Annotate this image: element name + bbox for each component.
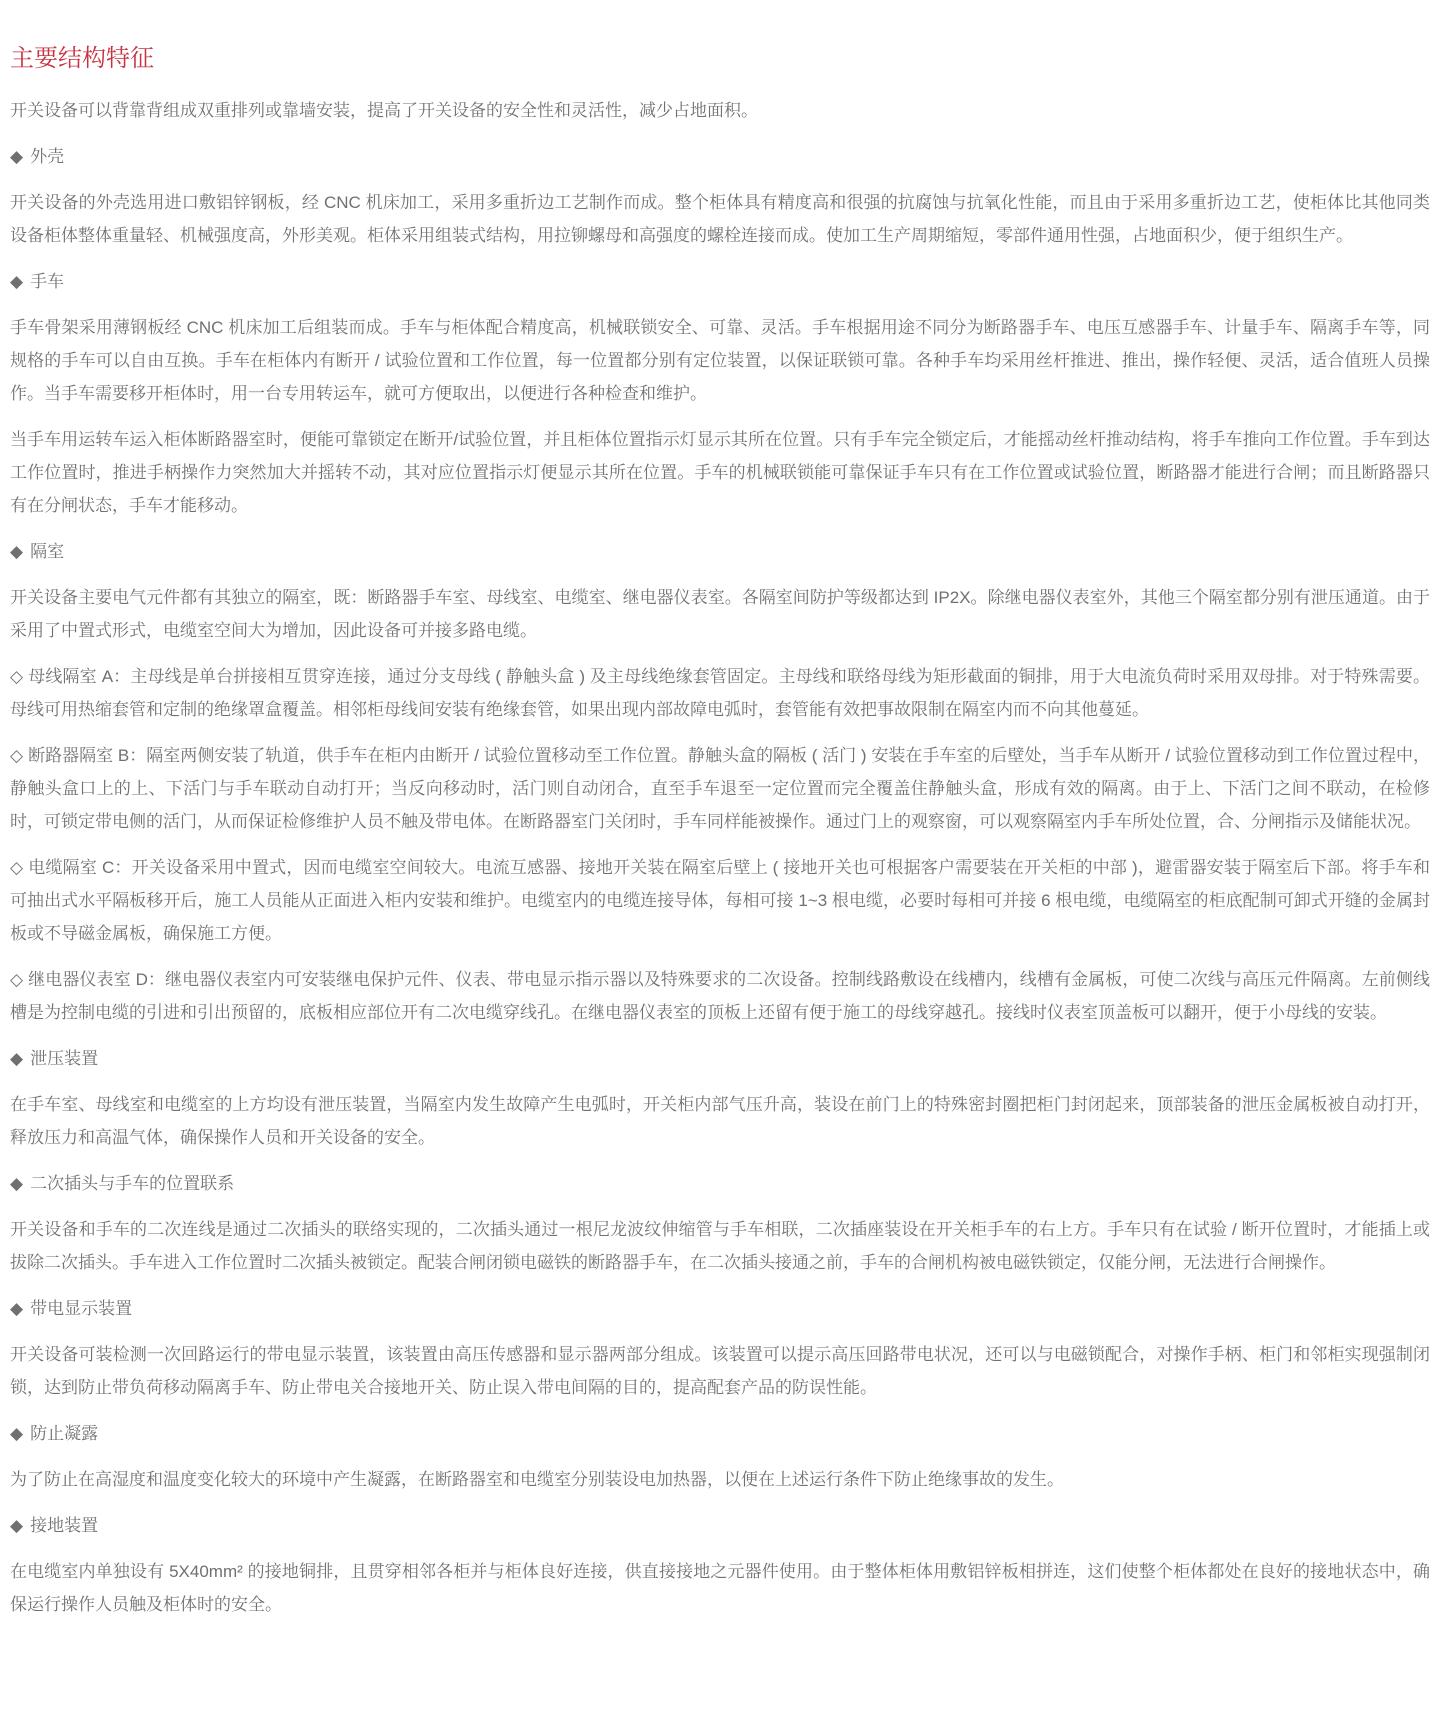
section-heading-label: 外壳 (30, 147, 64, 166)
paragraph: 手车骨架采用薄钢板经 CNC 机床加工后组装而成。手车与柜体配合精度高，机械联锁… (10, 311, 1430, 410)
filled-diamond-icon: ◆ (10, 1292, 23, 1325)
section-heading-label: 防止凝露 (30, 1424, 98, 1443)
paragraph: 为了防止在高湿度和温度变化较大的环境中产生凝露，在断路器室和电缆室分别装设电加热… (10, 1463, 1430, 1496)
section-heading: ◆接地装置 (10, 1509, 1430, 1542)
paragraph: 开关设备的外壳选用进口敷铝锌钢板，经 CNC 机床加工，采用多重折边工艺制作而成… (10, 186, 1430, 252)
sub-section-text: 电缆隔室 C：开关设备采用中置式，因而电缆室空间较大。电流互感器、接地开关装在隔… (10, 858, 1430, 943)
section-heading: ◆外壳 (10, 140, 1430, 173)
section-heading: ◆泄压装置 (10, 1042, 1430, 1075)
filled-diamond-icon: ◆ (10, 535, 23, 568)
paragraph: 当手车用运转车运入柜体断路器室时，便能可靠锁定在断开/试验位置，并且柜体位置指示… (10, 423, 1430, 522)
hollow-diamond-icon: ◇ (10, 739, 23, 772)
paragraph: 开关设备主要电气元件都有其独立的隔室，既：断路器手车室、母线室、电缆室、继电器仪… (10, 581, 1430, 647)
paragraph: 开关设备和手车的二次连线是通过二次插头的联络实现的，二次插头通过一根尼龙波纹伸缩… (10, 1213, 1430, 1279)
filled-diamond-icon: ◆ (10, 1167, 23, 1200)
section-heading-label: 隔室 (30, 542, 64, 561)
document-page: 主要结构特征 开关设备可以背靠背组成双重排列或靠墙安装，提高了开关设备的安全性和… (0, 0, 1440, 1621)
section-heading-label: 带电显示装置 (30, 1299, 132, 1318)
filled-diamond-icon: ◆ (10, 140, 23, 173)
section-heading: ◆防止凝露 (10, 1417, 1430, 1450)
filled-diamond-icon: ◆ (10, 1417, 23, 1450)
paragraph: 开关设备可装检测一次回路运行的带电显示装置，该装置由高压传感器和显示器两部分组成… (10, 1338, 1430, 1404)
filled-diamond-icon: ◆ (10, 1042, 23, 1075)
filled-diamond-icon: ◆ (10, 265, 23, 298)
section-heading: ◆隔室 (10, 535, 1430, 568)
section-heading-label: 手车 (30, 272, 64, 291)
sub-section-text: 母线隔室 A：主母线是单台拼接相互贯穿连接，通过分支母线 ( 静触头盒 ) 及主… (10, 667, 1430, 719)
page-title: 主要结构特征 (10, 44, 1430, 74)
sub-section-paragraph: ◇母线隔室 A：主母线是单台拼接相互贯穿连接，通过分支母线 ( 静触头盒 ) 及… (10, 660, 1430, 726)
paragraph: 开关设备可以背靠背组成双重排列或靠墙安装，提高了开关设备的安全性和灵活性，减少占… (10, 94, 1430, 127)
hollow-diamond-icon: ◇ (10, 851, 23, 884)
sub-section-paragraph: ◇继电器仪表室 D：继电器仪表室内可安装继电保护元件、仪表、带电显示指示器以及特… (10, 963, 1430, 1029)
section-heading-label: 接地装置 (30, 1516, 98, 1535)
paragraph: 在电缆室内单独设有 5X40mm² 的接地铜排，且贯穿相邻各柜并与柜体良好连接，… (10, 1555, 1430, 1621)
section-heading-label: 泄压装置 (30, 1049, 98, 1068)
sub-section-text: 断路器隔室 B：隔室两侧安装了轨道，供手车在柜内由断开 / 试验位置移动至工作位… (10, 746, 1430, 831)
section-heading-label: 二次插头与手车的位置联系 (30, 1174, 234, 1193)
hollow-diamond-icon: ◇ (10, 660, 23, 693)
hollow-diamond-icon: ◇ (10, 963, 23, 996)
sub-section-paragraph: ◇断路器隔室 B：隔室两侧安装了轨道，供手车在柜内由断开 / 试验位置移动至工作… (10, 739, 1430, 838)
paragraph: 在手车室、母线室和电缆室的上方均设有泄压装置，当隔室内发生故障产生电弧时，开关柜… (10, 1088, 1430, 1154)
filled-diamond-icon: ◆ (10, 1509, 23, 1542)
sub-section-paragraph: ◇电缆隔室 C：开关设备采用中置式，因而电缆室空间较大。电流互感器、接地开关装在… (10, 851, 1430, 950)
sub-section-text: 继电器仪表室 D：继电器仪表室内可安装继电保护元件、仪表、带电显示指示器以及特殊… (10, 970, 1430, 1022)
content-blocks: 开关设备可以背靠背组成双重排列或靠墙安装，提高了开关设备的安全性和灵活性，减少占… (10, 94, 1430, 1621)
section-heading: ◆手车 (10, 265, 1430, 298)
section-heading: ◆带电显示装置 (10, 1292, 1430, 1325)
section-heading: ◆二次插头与手车的位置联系 (10, 1167, 1430, 1200)
